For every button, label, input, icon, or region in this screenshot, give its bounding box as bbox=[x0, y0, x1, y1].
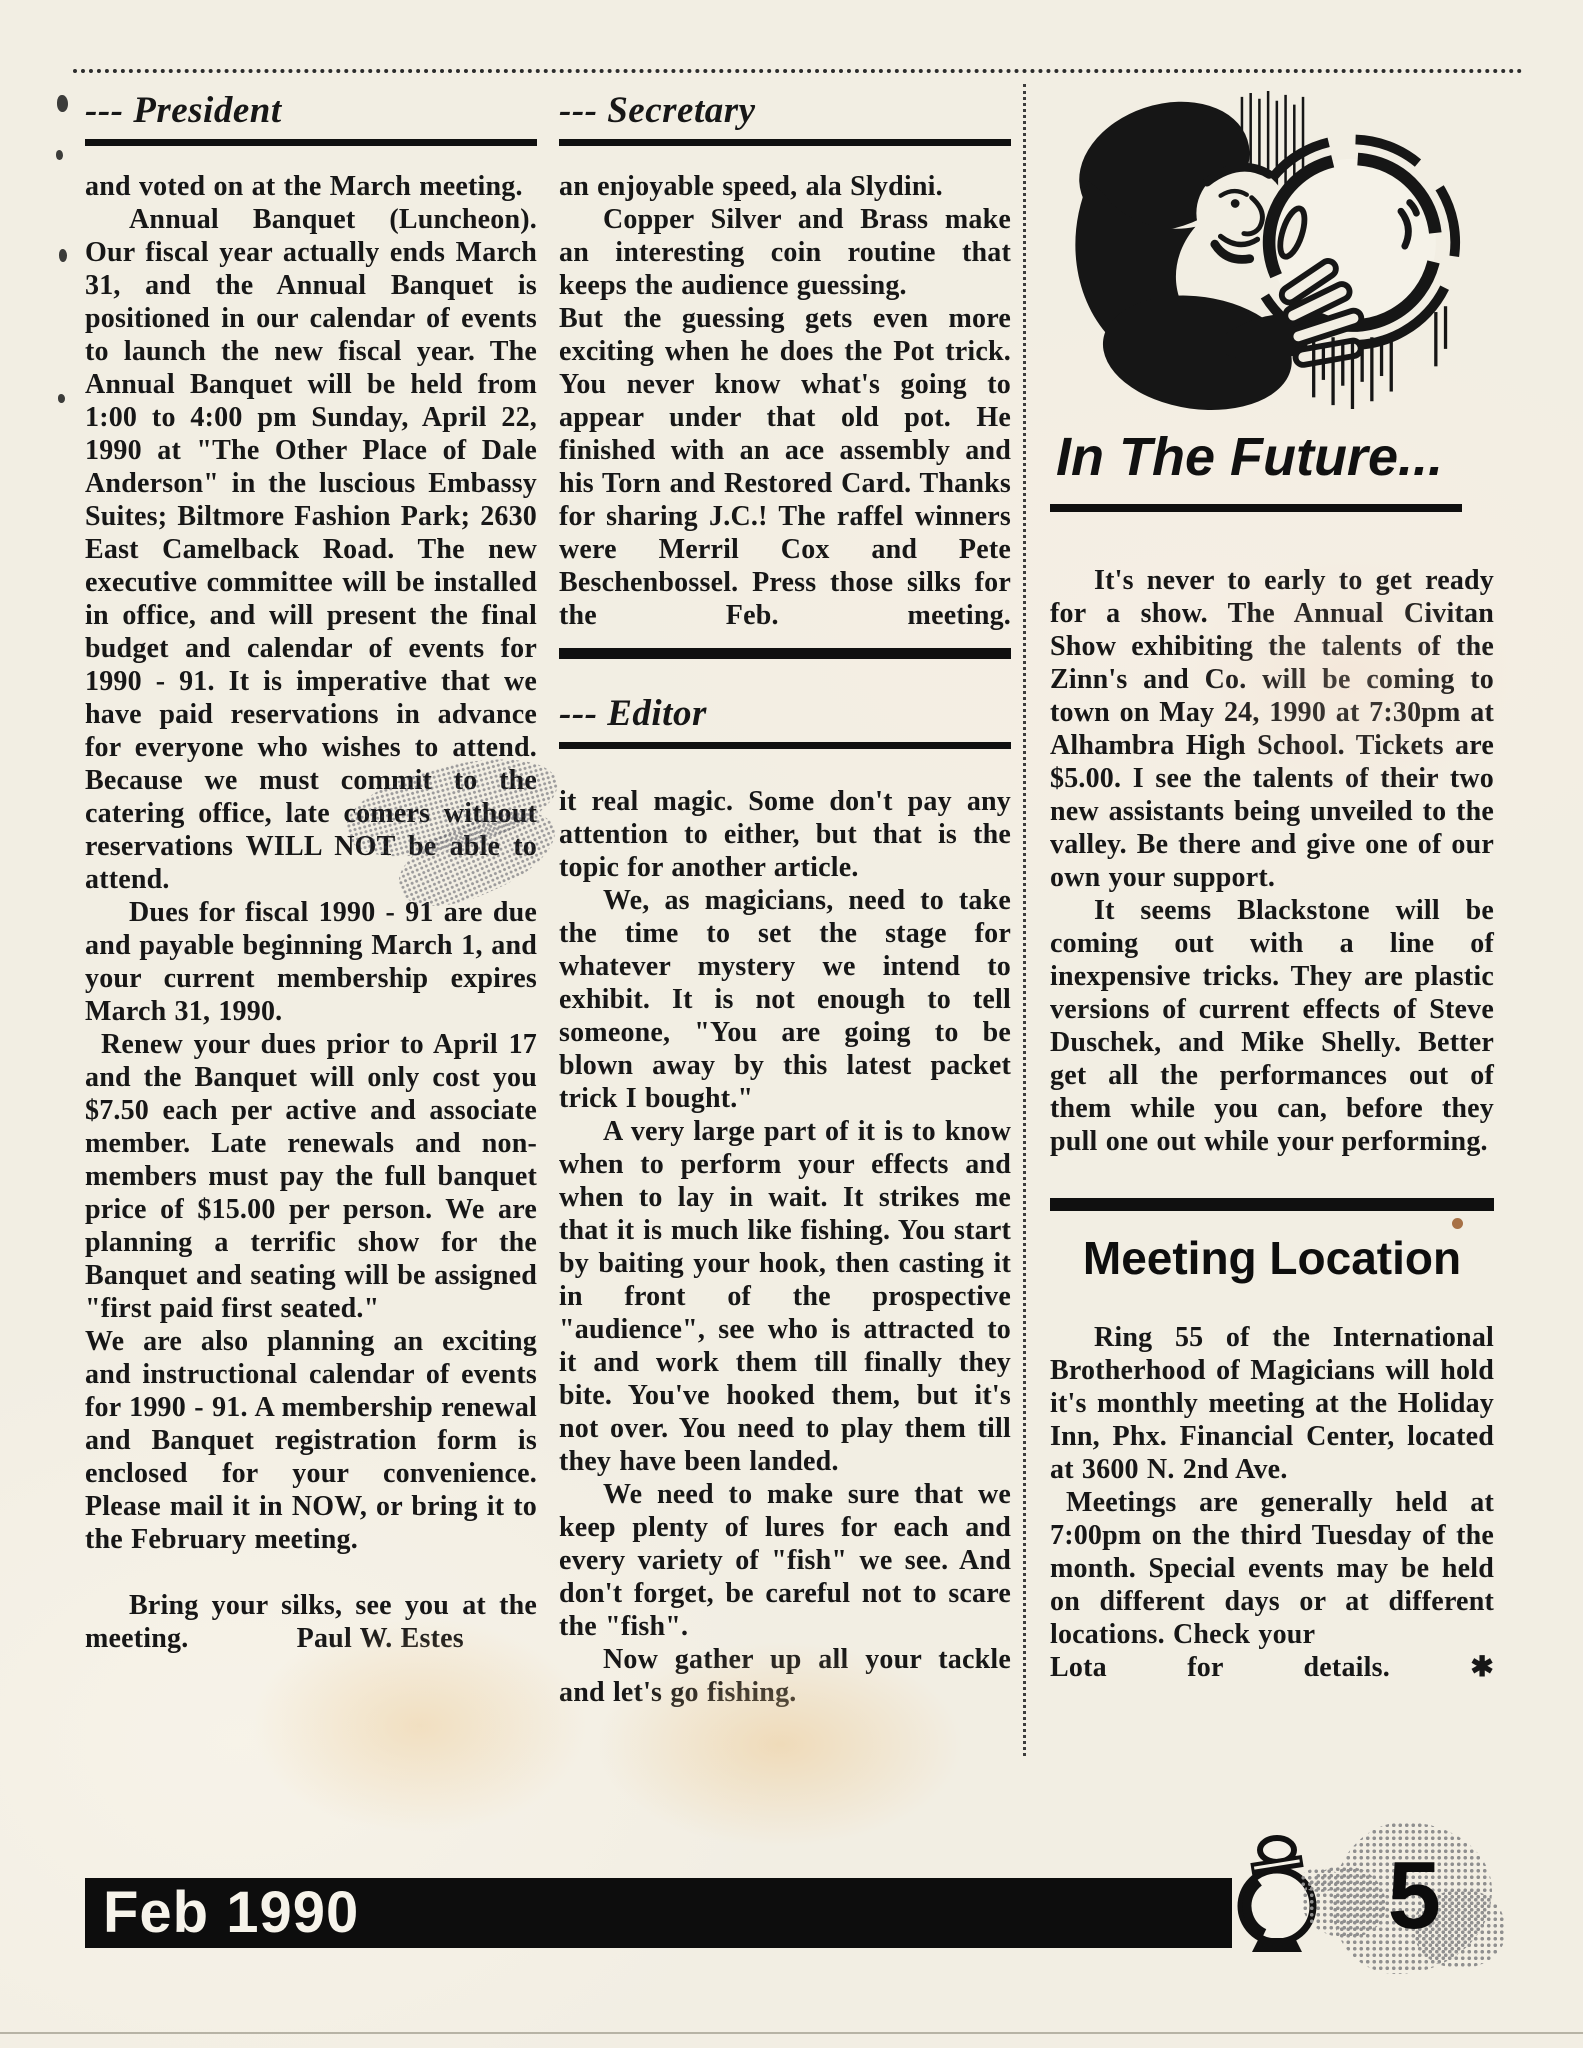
secretary-editor-column: --- Secretary an enjoyable speed, ala Sl… bbox=[559, 92, 1011, 1709]
president-header: --- President bbox=[85, 92, 537, 131]
future-title-rule bbox=[1050, 504, 1462, 512]
page-number-cloud: 5 bbox=[1332, 1822, 1492, 1974]
page-number: 5 bbox=[1387, 1848, 1440, 1944]
paragraph: it real magic. Some don't pay any attent… bbox=[559, 785, 1011, 884]
paragraph: an enjoyable speed, ala Slydini. bbox=[559, 170, 1011, 203]
paragraph: We need to make sure that we keep plenty… bbox=[559, 1478, 1011, 1643]
paragraph: We are also planning an exciting and ins… bbox=[85, 1325, 537, 1556]
meeting-section-rule bbox=[1050, 1198, 1494, 1211]
top-dotted-rule bbox=[73, 69, 1523, 73]
section-divider-rule bbox=[559, 648, 1011, 659]
future-section-title: In The Future... bbox=[1056, 430, 1494, 484]
paragraph: A very large part of it is to know when … bbox=[559, 1115, 1011, 1478]
editor-header: --- Editor bbox=[559, 695, 1011, 734]
edge-speck bbox=[58, 394, 65, 403]
meeting-section-title: Meeting Location bbox=[1050, 1235, 1494, 1281]
secretary-article: an enjoyable speed, ala Slydini. Copper … bbox=[559, 170, 1011, 632]
president-header-rule bbox=[85, 139, 537, 146]
president-article: and voted on at the March meeting. Annua… bbox=[85, 170, 537, 1655]
paper-stain bbox=[598, 1642, 963, 1847]
newsletter-page: --- President and voted on at the March … bbox=[0, 0, 1583, 2048]
crystal-ball-wizard-illustration bbox=[1050, 84, 1494, 416]
paragraph: It seems Blackstone will be coming out w… bbox=[1050, 894, 1494, 1158]
meeting-article: Ring 55 of the International Brotherhood… bbox=[1050, 1321, 1494, 1684]
secretary-header: --- Secretary bbox=[559, 92, 1011, 131]
edge-speck bbox=[57, 95, 68, 112]
secretary-header-rule bbox=[559, 139, 1011, 146]
edge-speck bbox=[56, 150, 63, 160]
paragraph: Ring 55 of the International Brotherhood… bbox=[1050, 1321, 1494, 1486]
ink-dot bbox=[1452, 1218, 1463, 1229]
edge-speck bbox=[59, 249, 67, 262]
paragraph: Meetings are generally held at 7:00pm on… bbox=[1050, 1486, 1494, 1651]
editor-article: it real magic. Some don't pay any attent… bbox=[559, 785, 1011, 1709]
paragraph: Renew your dues prior to April 17 and th… bbox=[85, 1028, 537, 1325]
paragraph: But the guessing gets even more exciting… bbox=[559, 302, 1011, 632]
future-column: In The Future... It's never to early to … bbox=[1050, 84, 1494, 1684]
footer-issue-bar: Feb 1990 bbox=[85, 1878, 1232, 1948]
paragraph: and voted on at the March meeting. bbox=[85, 170, 537, 203]
paper-stain bbox=[1180, 552, 1520, 802]
issue-date-label: Feb 1990 bbox=[85, 1884, 359, 1942]
paragraph-last-line: Lota for details. ✱ bbox=[1050, 1651, 1494, 1684]
paper-stain bbox=[252, 1618, 587, 1833]
column-dotted-divider bbox=[1023, 84, 1026, 1756]
scan-edge-line bbox=[0, 2032, 1583, 2034]
editor-header-rule bbox=[559, 742, 1011, 749]
paragraph: We, as magicians, need to take the time … bbox=[559, 884, 1011, 1115]
paragraph: Dues for fiscal 1990 - 91 are due and pa… bbox=[85, 896, 537, 1028]
paragraph: Copper Silver and Brass make an interest… bbox=[559, 203, 1011, 302]
wizard-icon bbox=[1050, 84, 1494, 416]
